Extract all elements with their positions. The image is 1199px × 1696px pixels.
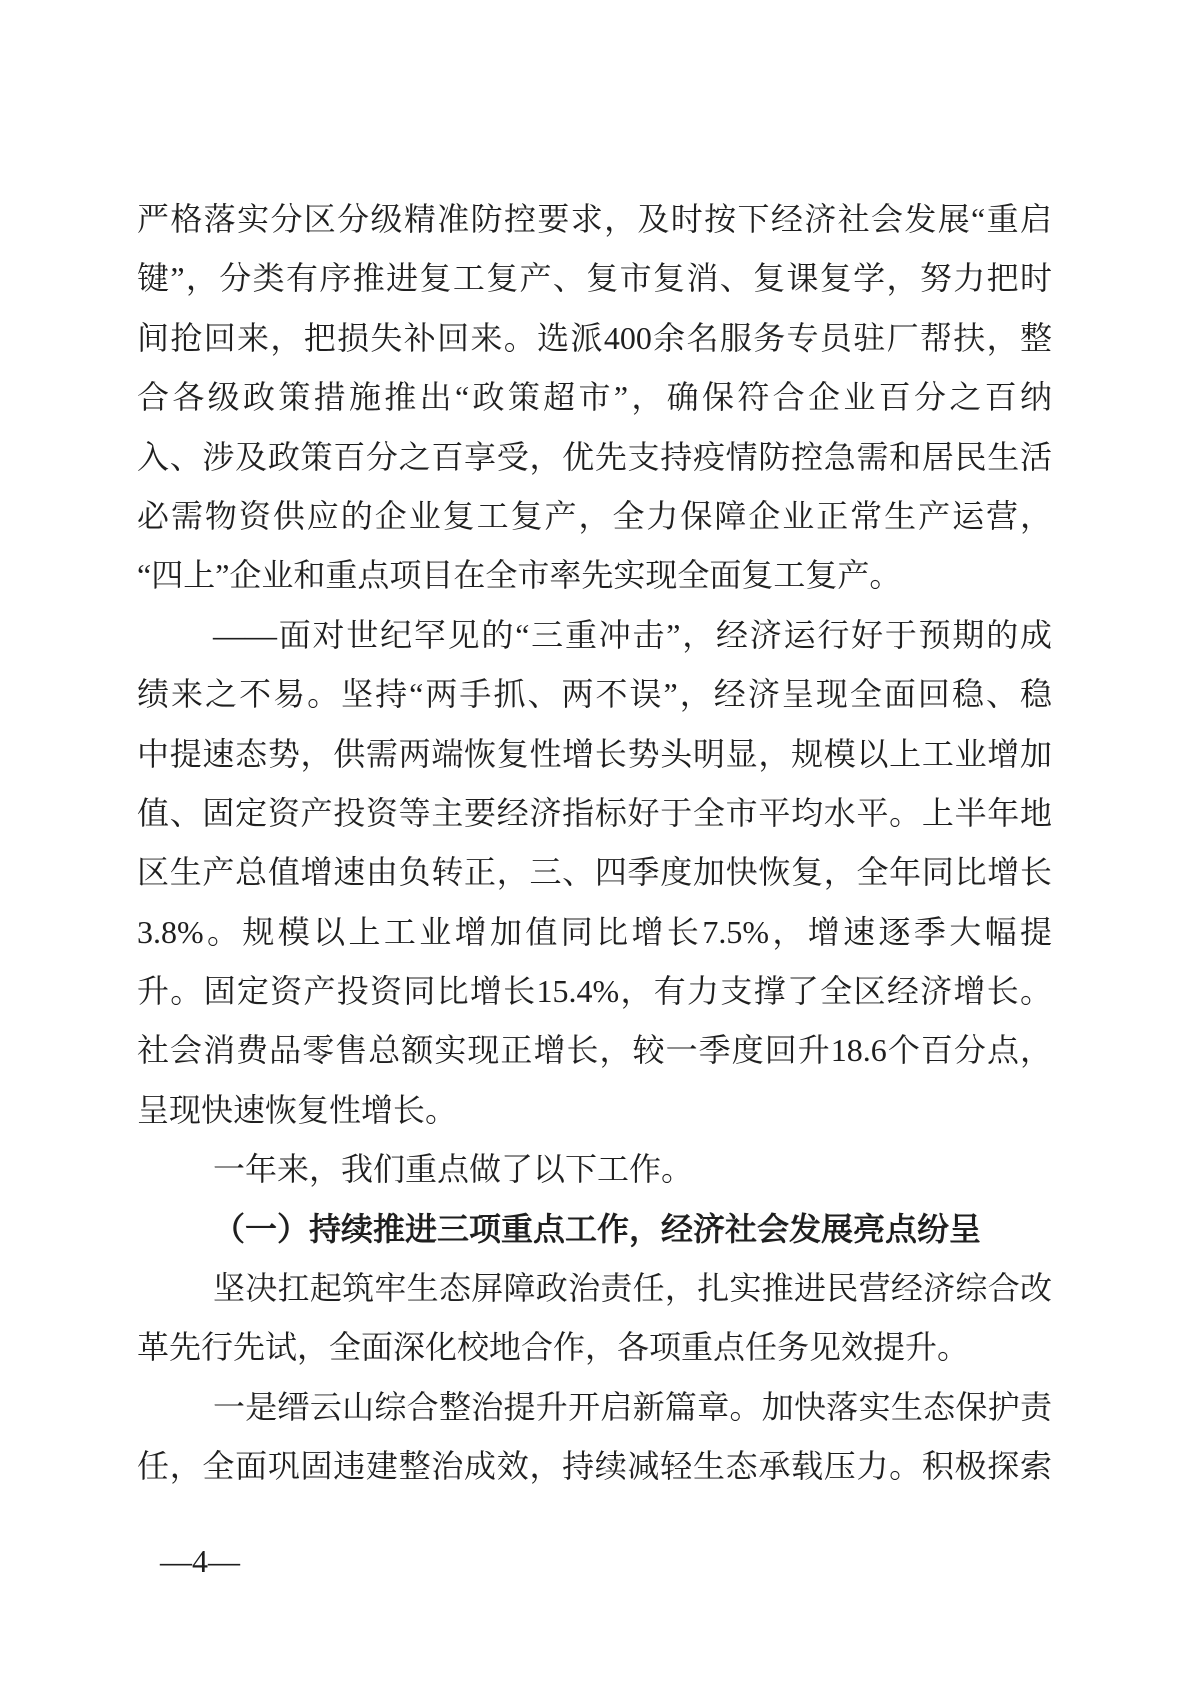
body-text-line: 值、固定资产投资等主要经济指标好于全市平均水平。上半年地 — [137, 784, 1052, 843]
body-text-line: 中提速态势，供需两端恢复性增长势头明显，规模以上工业增加 — [137, 725, 1052, 784]
body-text-line: ——面对世纪罕见的“三重冲击”，经济运行好于预期的成 — [137, 606, 1052, 665]
document-page: 严格落实分区分级精准防控要求，及时按下经济社会发展“重启 键”，分类有序推进复工… — [0, 0, 1199, 1696]
body-text-line: 区生产总值增速由负转正，三、四季度加快恢复，全年同比增长 — [137, 843, 1052, 902]
body-text-line: 键”，分类有序推进复工复产、复市复消、复课复学，努力把时 — [137, 249, 1052, 308]
page-number: —4— — [160, 1541, 240, 1581]
body-text-line: “四上”企业和重点项目在全市率先实现全面复工复产。 — [137, 546, 1052, 605]
body-text-line: 一年来，我们重点做了以下工作。 — [137, 1140, 1052, 1199]
body-text-line: 合各级政策措施推出“政策超市”，确保符合企业百分之百纳 — [137, 368, 1052, 427]
body-text-line: 社会消费品零售总额实现正增长，较一季度回升18.6个百分点， — [137, 1021, 1052, 1080]
body-text-line: 间抢回来，把损失补回来。选派400余名服务专员驻厂帮扶，整 — [137, 309, 1052, 368]
body-text-line: 升。固定资产投资同比增长15.4%，有力支撑了全区经济增长。 — [137, 962, 1052, 1021]
body-text-line: 呈现快速恢复性增长。 — [137, 1081, 1052, 1140]
body-text-line: 任，全面巩固违建整治成效，持续减轻生态承载压力。积极探索 — [137, 1437, 1052, 1496]
body-text-line: 坚决扛起筑牢生态屏障政治责任，扎实推进民营经济综合改 — [137, 1259, 1052, 1318]
body-text-line: 绩来之不易。坚持“两手抓、两不误”，经济呈现全面回稳、稳 — [137, 665, 1052, 724]
body-text-line: 3.8%。规模以上工业增加值同比增长7.5%，增速逐季大幅提 — [137, 903, 1052, 962]
body-text-line: 严格落实分区分级精准防控要求，及时按下经济社会发展“重启 — [137, 190, 1052, 249]
body-text-line: 革先行先试，全面深化校地合作，各项重点任务见效提升。 — [137, 1318, 1052, 1377]
body-text-block: 严格落实分区分级精准防控要求，及时按下经济社会发展“重启 键”，分类有序推进复工… — [137, 190, 1052, 1497]
body-text-line: 一是缙云山综合整治提升开启新篇章。加快落实生态保护责 — [137, 1378, 1052, 1437]
body-text-line: 必需物资供应的企业复工复产，全力保障企业正常生产运营， — [137, 487, 1052, 546]
body-text-line: 入、涉及政策百分之百享受，优先支持疫情防控急需和居民生活 — [137, 428, 1052, 487]
section-heading: （一）持续推进三项重点工作，经济社会发展亮点纷呈 — [137, 1200, 1052, 1259]
